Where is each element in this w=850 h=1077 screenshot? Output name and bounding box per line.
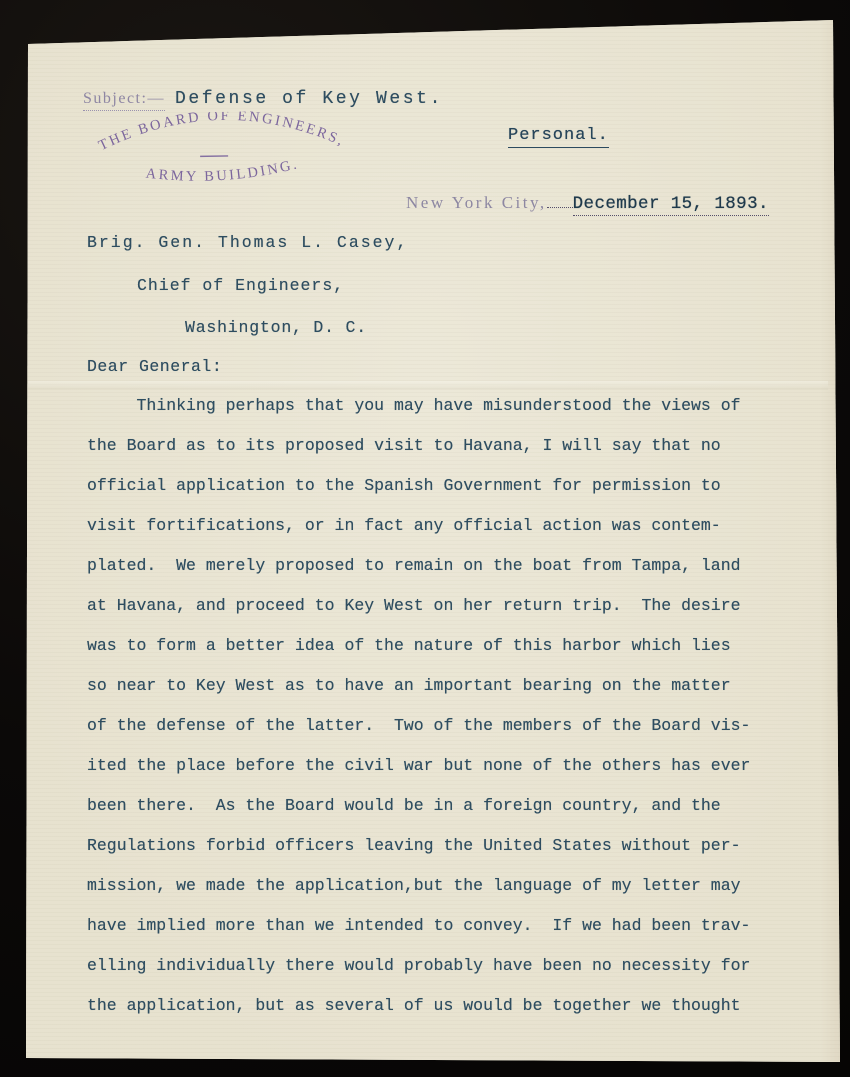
printed-place-label: New York City, <box>406 193 547 213</box>
stamp-arc-top: THE BOARD OF ENGINEERS, <box>96 109 348 154</box>
recipient-title: Chief of Engineers, <box>137 276 344 295</box>
letter-page: [1] Subject:— Defense of Key West. THE B… <box>0 0 850 1077</box>
letter-body: Thinking perhaps that you may have misun… <box>87 386 787 1026</box>
recipient-name: Brig. Gen. Thomas L. Casey, <box>87 233 408 252</box>
salutation: Dear General: <box>87 357 222 376</box>
subject-label: Subject:— <box>83 90 165 111</box>
subject-value: Defense of Key West. <box>175 89 443 109</box>
recipient-city: Washington, D. C. <box>185 318 367 337</box>
dateline: New York City, December 15, 1893. <box>406 193 769 216</box>
board-of-engineers-stamp: THE BOARD OF ENGINEERS, ARMY BUILDING. <box>75 109 368 188</box>
typed-date: December 15, 1893. <box>573 194 769 216</box>
dotted-leader-rule <box>547 193 573 208</box>
stamp-arc-bottom: ARMY BUILDING. <box>145 156 301 186</box>
personal-heading: Personal. <box>508 126 609 148</box>
page-number-pencil-mark: [1] <box>35 16 68 42</box>
subject-line: Subject:— Defense of Key West. <box>83 89 443 111</box>
scan-background: [1] Subject:— Defense of Key West. THE B… <box>0 0 850 1077</box>
